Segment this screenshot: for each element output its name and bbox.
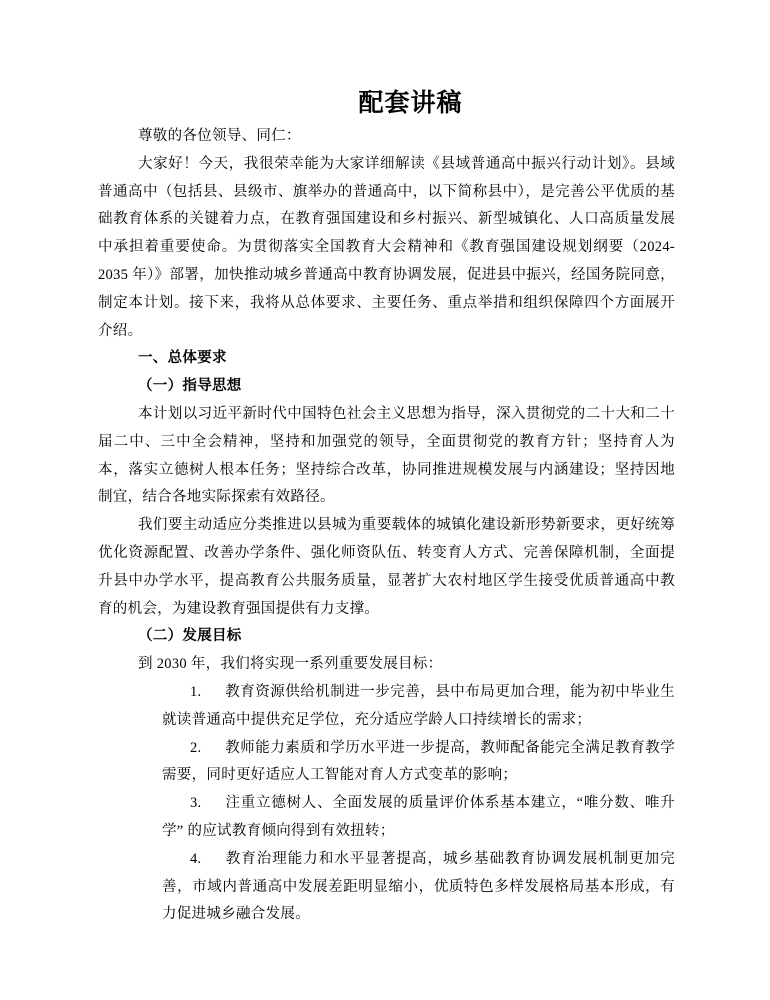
goal-list-item-number: 1. — [190, 679, 225, 707]
adaptation-paragraph: 我们要主动适应分类推进以县城为重要载体的城镇化建设新形势新要求，更好统筹优化资源… — [98, 512, 675, 623]
goal-list-item-text: 教育资源供给机制进一步完善，县中布局更加合理，能为初中毕业生就读普通高中提供充足… — [162, 684, 675, 728]
goal-list-item-number: 2. — [190, 735, 225, 763]
guiding-ideology-paragraph: 本计划以习近平新时代中国特色社会主义思想为指导，深入贯彻党的二十大和二十届二中、… — [98, 401, 675, 512]
goal-list-item-text: 注重立德树人、全面发展的质量评价体系基本建立，“唯分数、唯升学” 的应试教育倾向… — [162, 795, 675, 839]
document-title: 配套讲稿 — [98, 85, 675, 123]
goal-list-item-3: 3.注重立德树人、全面发展的质量评价体系基本建立，“唯分数、唯升学” 的应试教育… — [98, 790, 675, 846]
goal-list-item-1: 1.教育资源供给机制进一步完善，县中布局更加合理，能为初中毕业生就读普通高中提供… — [98, 679, 675, 735]
goal-list-item-text: 教师能力素质和学历水平进一步提高，教师配备能完全满足教育教学需要，同时更好适应人… — [162, 740, 675, 784]
goal-list-item-number: 4. — [190, 846, 225, 874]
goal-list-item-text: 教育治理能力和水平显著提高，城乡基础教育协调发展机制更加完善，市域内普通高中发展… — [162, 851, 675, 923]
goal-list-item-4: 4.教育治理能力和水平显著提高，城乡基础教育协调发展机制更加完善，市域内普通高中… — [98, 846, 675, 929]
document-page: 配套讲稿 尊敬的各位领导、同仁： 大家好！今天，我很荣幸能为大家详细解读《县域普… — [0, 0, 770, 1000]
subsection-heading-development-goals: （二）发展目标 — [98, 623, 675, 651]
goal-list-item-2: 2.教师能力素质和学历水平进一步提高，教师配备能完全满足教育教学需要，同时更好适… — [98, 735, 675, 791]
goals-lead-paragraph: 到 2030 年，我们将实现一系列重要发展目标： — [98, 651, 675, 679]
subsection-heading-guiding-ideology: （一）指导思想 — [98, 373, 675, 401]
salutation-paragraph: 尊敬的各位领导、同仁： — [98, 123, 675, 151]
document-content: 配套讲稿 尊敬的各位领导、同仁： 大家好！今天，我很荣幸能为大家详细解读《县域普… — [98, 85, 675, 929]
goal-list-item-number: 3. — [190, 790, 225, 818]
intro-paragraph: 大家好！今天，我很荣幸能为大家详细解读《县域普通高中振兴行动计划》。县域普通高中… — [98, 151, 675, 346]
section-heading-overall-requirements: 一、总体要求 — [98, 345, 675, 373]
